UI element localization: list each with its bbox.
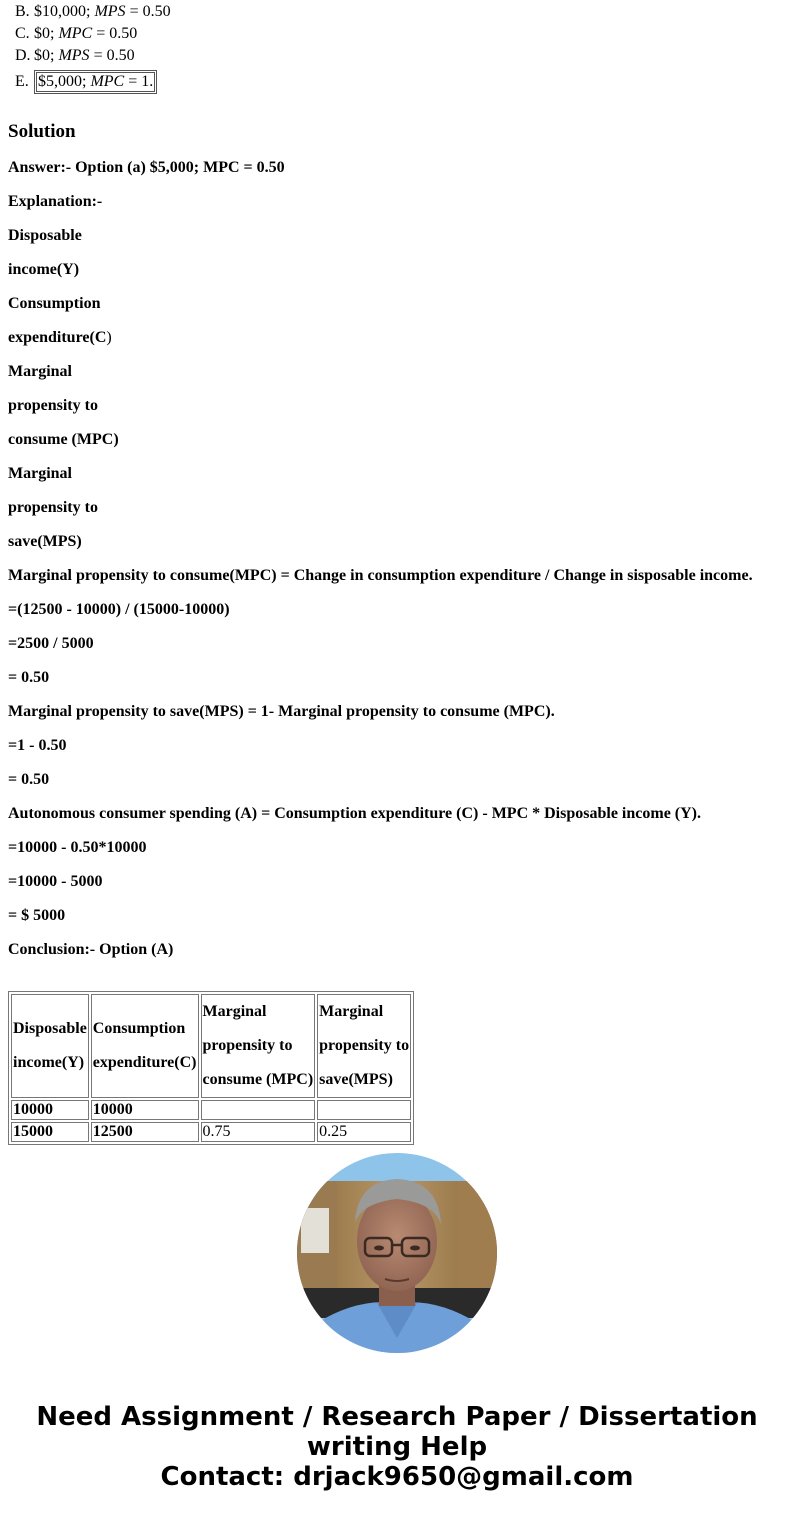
table-cell: 15000 — [11, 1122, 89, 1142]
solution-line: save(MPS) — [8, 533, 786, 567]
header-text: Disposable — [13, 1012, 87, 1046]
header-text: propensity to — [319, 1029, 409, 1063]
answer-line: Answer:- Option (a) $5,000; MPC = 0.50 — [8, 159, 786, 193]
solution-line: =10000 - 0.50*10000 — [8, 839, 786, 873]
option-measure: MPC — [58, 25, 92, 42]
table-cell — [317, 1100, 411, 1120]
avatar — [297, 1153, 497, 1353]
header-text: Marginal — [319, 995, 409, 1029]
explanation-label: Explanation:- — [8, 193, 786, 227]
option-amount: $10,000; — [34, 3, 90, 20]
table-row: 15000 12500 0.75 0.25 — [11, 1122, 411, 1142]
table-cell: 10000 — [11, 1100, 89, 1120]
solution-text: ) — [106, 329, 111, 346]
option-amount: $0; — [34, 25, 54, 42]
solution-line: =10000 - 5000 — [8, 873, 786, 907]
table-header-cell: Disposableincome(Y) — [11, 994, 89, 1098]
option-value: = 0.50 — [130, 3, 171, 20]
header-text: income(Y) — [13, 1046, 87, 1080]
solution-line: propensity to — [8, 397, 786, 431]
solution-text: expenditure(C — [8, 329, 106, 346]
option-c[interactable]: C.$0; MPC = 0.50 — [15, 23, 786, 45]
table-cell — [201, 1100, 316, 1120]
table-header-cell: Consumptionexpenditure(C) — [91, 994, 199, 1098]
tutor-photo-icon — [297, 1153, 497, 1353]
option-letter: E. — [15, 67, 34, 97]
solution-line: =2500 / 5000 — [8, 635, 786, 669]
option-measure: MPS — [58, 47, 89, 64]
page: A.$5,000; MPC = 0.50 B.$10,000; MPS = 0.… — [8, 0, 786, 1145]
option-amount: $0; — [34, 47, 54, 64]
table-header-cell: Marginalpropensity tosave(MPS) — [317, 994, 411, 1098]
footer-line: writing Help — [0, 1432, 794, 1462]
solution-line: =(12500 - 10000) / (15000-10000) — [8, 601, 786, 635]
option-b[interactable]: B.$10,000; MPS = 0.50 — [15, 1, 786, 23]
solution-line: Marginal — [8, 363, 786, 397]
solution-body: Answer:- Option (a) $5,000; MPC = 0.50 E… — [8, 159, 786, 975]
solution-line: = 0.50 — [8, 771, 786, 805]
data-table: Disposableincome(Y) Consumptionexpenditu… — [8, 991, 414, 1145]
option-measure: MPS — [94, 3, 125, 20]
header-text: consume (MPC) — [203, 1063, 314, 1097]
header-text: expenditure(C) — [93, 1046, 197, 1080]
solution-line: consume (MPC) — [8, 431, 786, 465]
table-cell: 0.75 — [201, 1122, 316, 1142]
header-text: Marginal — [203, 995, 314, 1029]
option-measure: MPC — [90, 73, 124, 90]
table-cell: 12500 — [91, 1122, 199, 1142]
solution-line: =1 - 0.50 — [8, 737, 786, 771]
table-cell: 0.25 — [317, 1122, 411, 1142]
autonomous-formula: Autonomous consumer spending (A) = Consu… — [8, 805, 786, 839]
header-text: propensity to — [203, 1029, 314, 1063]
table-header-row: Disposableincome(Y) Consumptionexpenditu… — [11, 994, 411, 1098]
solution-line: = 0.50 — [8, 669, 786, 703]
option-d[interactable]: D.$0; MPS = 0.50 — [15, 45, 786, 67]
header-text: Consumption — [93, 1012, 197, 1046]
option-value: = 0.50 — [96, 25, 137, 42]
footer-line: Need Assignment / Research Paper / Disse… — [0, 1402, 794, 1432]
solution-line: Disposable — [8, 227, 786, 261]
option-letter: C. — [15, 23, 34, 45]
option-e-box: $5,000; MPC = 1. — [34, 70, 157, 94]
option-value: = 1. — [128, 73, 153, 90]
conclusion-line: Conclusion:- Option (A) — [8, 941, 786, 975]
solution-line: income(Y) — [8, 261, 786, 295]
solution-line: Consumption — [8, 295, 786, 329]
mpc-formula: Marginal propensity to consume(MPC) = Ch… — [8, 567, 786, 601]
contact-email[interactable]: Contact: drjack9650@gmail.com — [0, 1462, 794, 1492]
contact-footer: Need Assignment / Research Paper / Disse… — [0, 1402, 794, 1492]
option-e[interactable]: E.$5,000; MPC = 1. — [15, 67, 786, 97]
solution-line: propensity to — [8, 499, 786, 533]
option-letter: B. — [15, 1, 34, 23]
option-value: = 0.50 — [94, 47, 135, 64]
solution-line: Marginal — [8, 465, 786, 499]
solution-line: expenditure(C) — [8, 329, 786, 363]
solution-line: = $ 5000 — [8, 907, 786, 941]
solution-heading: Solution — [8, 121, 786, 143]
table-row: 10000 10000 — [11, 1100, 411, 1120]
table-cell: 10000 — [91, 1100, 199, 1120]
option-letter: D. — [15, 45, 34, 67]
header-text: save(MPS) — [319, 1063, 409, 1097]
option-amount: $5,000; — [38, 73, 86, 90]
mps-formula: Marginal propensity to save(MPS) = 1- Ma… — [8, 703, 786, 737]
answer-options: A.$5,000; MPC = 0.50 B.$10,000; MPS = 0.… — [8, 0, 786, 97]
table-header-cell: Marginalpropensity toconsume (MPC) — [201, 994, 316, 1098]
